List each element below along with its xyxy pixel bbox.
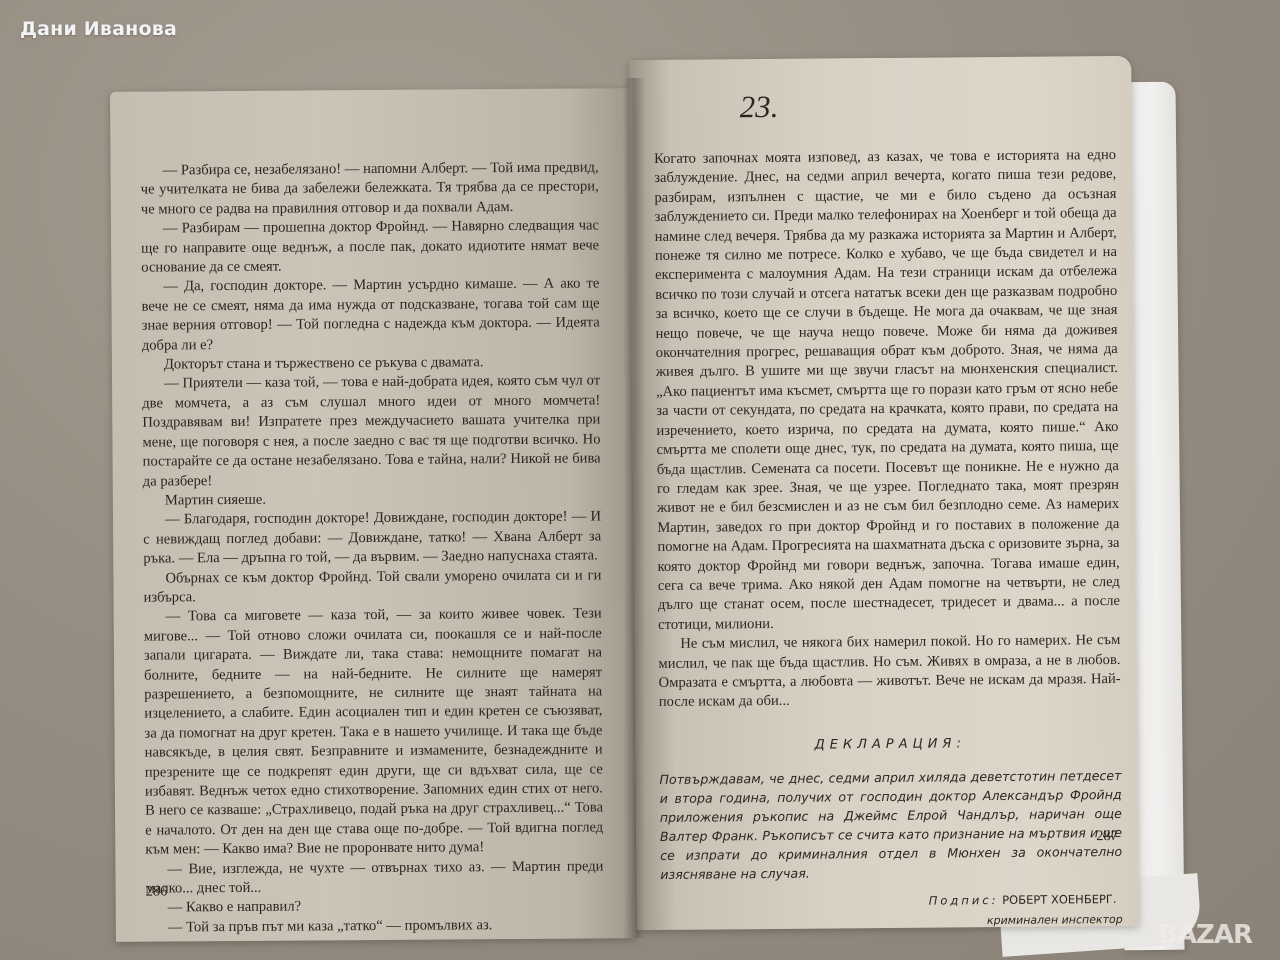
right-page: 23. Когато започнах моята изповед, аз ка… [629,56,1139,930]
bazar-watermark-logo: BAZAR [1158,920,1252,950]
seller-name-overlay: Дани Иванова [20,18,177,40]
paragraph: Обърнах се към доктор Фройнд. Той свали … [143,566,601,608]
paragraph: — Вие, изглежда, не чухте — отвърнах тих… [145,857,603,899]
paragraph: — Благодаря, господин докторе! Довиждане… [143,508,601,569]
right-page-text: Когато започнах моята изповед, аз казах,… [654,146,1123,933]
declaration-body: Потвърждавам, че днес, седми април хиляд… [659,766,1122,884]
paragraph: — Разбирам — прошепна доктор Фройнд. — Н… [141,217,599,278]
paragraph: — Приятели — каза той, — това е най-добр… [142,372,601,492]
declaration-title: ДЕКЛАРАЦИЯ: [659,733,1121,756]
left-page-text: — Разбира се, незабелязано! — напомни Ал… [141,158,604,937]
page-number-left: 286 [146,883,168,900]
page-number-right: 287 [1096,828,1118,845]
paragraph: — Разбира се, незабелязано! — напомни Ал… [141,158,599,219]
open-book: — Разбира се, незабелязано! — напомни Ал… [113,58,1143,938]
signature-role: криминален инспектор [661,910,1123,933]
paragraph: — Това са миговете — каза той, — за коит… [144,605,604,860]
book-gutter [623,78,645,938]
paragraph: Когато започнах моята изповед, аз казах,… [654,146,1120,635]
paragraph: Не съм мислил, че някога бих намерил пок… [658,631,1121,713]
signature-label: Подпис: [929,893,999,908]
left-page: — Разбира се, незабелязано! — напомни Ал… [110,88,636,942]
paragraph: — Да, господин докторе. — Мартин усърдно… [141,275,600,356]
chapter-number: 23. [739,89,778,125]
paragraph: — Той за пръв път ми каза „татко“ — пром… [146,915,604,938]
signature-name: Роберт Хоенберг. [1002,892,1116,907]
